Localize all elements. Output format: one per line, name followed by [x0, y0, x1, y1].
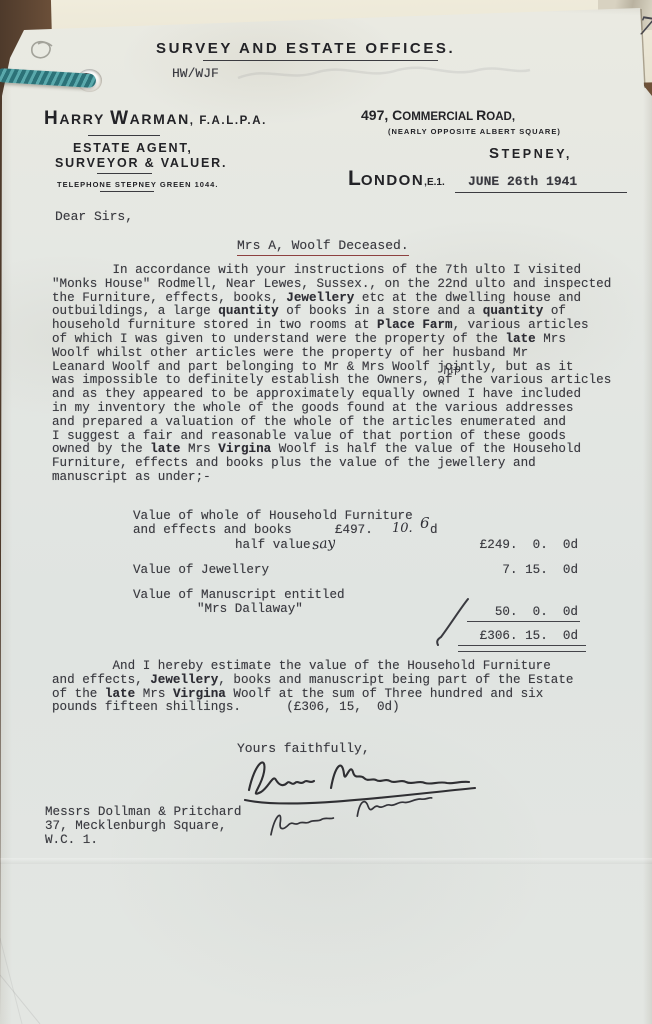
letter-date: JUNE 26th 1941	[468, 174, 577, 189]
office-district: STEPNEY,	[489, 145, 572, 162]
typewriter-line: Woolf whilst other articles were the pro…	[52, 347, 637, 361]
valuation-row1-line2: and effects and books	[133, 523, 292, 537]
total-double-underline	[458, 645, 586, 652]
typewriter-line: household furniture stored in two rooms …	[52, 319, 637, 333]
typewriter-line: Furniture, effects and books plus the va…	[52, 457, 637, 471]
road-part: OAD,	[486, 111, 515, 123]
typewriter-line: I suggest a fair and reasonable value of…	[52, 430, 637, 444]
agent-name: HARRY WARMAN, F.A.L.P.A.	[44, 108, 267, 130]
typewriter-line: the Furniture, effects, books, Jewellery…	[52, 292, 637, 306]
district-part: S	[489, 145, 502, 162]
city-part: L	[348, 167, 361, 190]
salutation: Dear Sirs,	[55, 209, 133, 224]
typewriter-line: And I hereby estimate the value of the H…	[52, 660, 637, 674]
valuation-row3-line1: Value of Manuscript entitled	[133, 588, 345, 602]
typewriter-line: owned by the late Mrs Virgina Woolf is h…	[52, 443, 637, 457]
valuation-total: £306. 15. 0d	[480, 629, 578, 643]
typewriter-line: and effects, Jewellery, books and manusc…	[52, 674, 637, 688]
agent-name-part: ARRY	[59, 111, 110, 127]
valuation-row2-amount: 7. 15. 0d	[502, 563, 578, 577]
agent-credentials: , F.A.L.P.A.	[190, 115, 267, 127]
row1-pence-handwritten: 6	[420, 514, 430, 532]
row3-amount-underline	[467, 621, 580, 622]
district-part: TEPNEY,	[502, 147, 572, 161]
typewriter-line: and as they appeared to be approximately…	[52, 388, 637, 402]
subject-text: Mrs A, Woolf Deceased.	[237, 238, 409, 256]
road-note: (NEARLY OPPOSITE ALBERT SQUARE)	[388, 127, 561, 136]
letter-content: SURVEY AND ESTATE OFFICES. HW/WJF HARRY …	[0, 0, 652, 1024]
valuation-row3-amount: 50. 0. 0d	[495, 605, 578, 619]
agent-name-underline	[88, 135, 160, 136]
row1-pounds: £497.	[335, 523, 373, 537]
valuation-row2-label: Value of Jewellery	[133, 563, 269, 577]
valuation-row1-line1: Value of whole of Household Furniture	[133, 509, 413, 523]
city-part: ONDON	[361, 172, 424, 189]
date-underline	[455, 192, 627, 193]
corner-pencil-mark: 7	[636, 11, 652, 42]
agent-name-initial-w: W	[110, 108, 130, 129]
office-title-underline	[203, 60, 438, 61]
insert-caret: ^	[438, 379, 445, 391]
typewriter-line: pounds fifteen shillings. (£306, 15, 0d)	[52, 701, 637, 715]
typewriter-line: 37, Mecklenburgh Square,	[45, 820, 242, 834]
paragraph-1: In accordance with your instructions of …	[52, 264, 637, 485]
half-value-say-handwritten: say	[311, 535, 336, 553]
agent-role-underline	[97, 173, 152, 174]
scanned-letter-photo: SURVEY AND ESTATE OFFICES. HW/WJF HARRY …	[0, 0, 652, 1024]
agent-role-1: ESTATE AGENT,	[73, 141, 193, 155]
handwritten-insert-hip: hip	[442, 362, 461, 377]
handwritten-tick-icon	[436, 597, 470, 649]
valuation-row3-line2: "Mrs Dallaway"	[197, 602, 303, 616]
typewriter-line: W.C. 1.	[45, 834, 242, 848]
agent-name-part: ARMAN	[130, 111, 190, 127]
typewriter-line: outbuildings, a large quantity of books …	[52, 305, 637, 319]
road-part: 497, C	[361, 107, 402, 123]
city-part: ,E.1.	[424, 177, 445, 188]
typewriter-line: In accordance with your instructions of …	[52, 264, 637, 278]
office-title: SURVEY AND ESTATE OFFICES.	[156, 40, 455, 57]
typewriter-line: manuscript as under;-	[52, 471, 637, 485]
typewriter-line: was impossible to definitely establish t…	[52, 374, 637, 388]
typewriter-line: Messrs Dollman & Pritchard	[45, 806, 242, 820]
road-part: OMMERCIAL	[402, 111, 476, 123]
agent-name-initial-h: H	[44, 108, 59, 129]
typewriter-line: of which I was given to understand were …	[52, 333, 637, 347]
half-value-amount: £249. 0. 0d	[480, 538, 578, 552]
typewriter-line: of the late Mrs Virgina Woolf at the sum…	[52, 688, 637, 702]
telephone-underline	[100, 191, 154, 192]
typewriter-line: and prepared a valuation of the whole of…	[52, 416, 637, 430]
typewriter-line: Leanard Woolf and part belonging to Mr &…	[52, 361, 637, 375]
recipient-address: Messrs Dollman & Pritchard37, Mecklenbur…	[45, 806, 242, 847]
reference-code: HW/WJF	[172, 66, 219, 81]
half-value-label: half value	[235, 538, 311, 552]
row1-pence-unit: d	[430, 523, 438, 537]
typewriter-line: in my inventory the whole of the goods f…	[52, 402, 637, 416]
telephone-line: TELEPHONE STEPNEY GREEN 1044.	[57, 180, 218, 189]
office-city: LONDON,E.1.	[348, 167, 445, 191]
agent-role-2: SURVEYOR & VALUER.	[55, 156, 227, 170]
office-road: 497, COMMERCIAL ROAD,	[361, 107, 515, 125]
row1-shillings-handwritten: 10.	[392, 521, 413, 536]
paragraph-2: And I hereby estimate the value of the H…	[52, 660, 637, 715]
typewriter-line: "Monks House" Rodmell, Near Lewes, Susse…	[52, 278, 637, 292]
road-part: R	[476, 107, 486, 123]
subject-line: Mrs A, Woolf Deceased.	[237, 238, 409, 253]
